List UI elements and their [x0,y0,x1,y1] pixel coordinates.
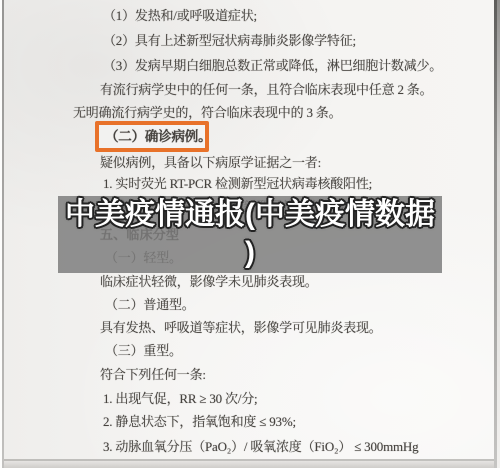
doc-line: （1）发热和/或呼吸道症状; [103,6,257,25]
doc-line-highlighted: （二）确诊病例。 [105,127,211,146]
doc-line: （三）重型。 [105,341,182,360]
caption-line-2: ) [58,234,442,272]
doc-line: 有流行病学史中的任何一条，且符合临床表现中任意 2 条。 [100,80,432,99]
doc-line: 具有发热、呼吸道等症状，影像学可见肺炎表现。 [100,318,382,337]
doc-line: 疑似病例，具备以下病原学证据之一者: [100,153,321,172]
caption-band: 中美疫情通报(中美疫情数据 ) [58,196,442,273]
caption-line-1: 中美疫情通报(中美疫情数据 [58,196,442,234]
photo-frame: （1）发热和/或呼吸道症状; （2）具有上述新型冠状病毒肺炎影像学特征; （3）… [0,0,500,468]
photo-edge-left [2,0,4,468]
doc-line: 1. 实时荧光 RT-PCR 检测新型冠状病毒核酸阳性; [103,174,372,193]
doc-line: 1. 出现气促，RR ≥ 30 次/分; [103,389,257,408]
doc-line: 无明确流行病学史的，符合临床表现中的 3 条。 [73,103,341,122]
doc-line: （二）普通型。 [105,295,195,314]
doc-line: （2）具有上述新型冠状病毒肺炎影像学特征; [103,31,356,50]
photo-edge-bottom-margin [4,461,494,468]
doc-line: 3. 动脉血氧分压（PaO₂）/ 吸氧浓度（FiO₂） ≤ 300mmHg [103,437,418,456]
doc-line: （3）发病早期白细胞总数正常或降低，淋巴细胞计数减少。 [103,56,442,75]
doc-line: 2. 静息状态下，指氧饱和度 ≤ 93%; [103,412,296,431]
doc-line: 临床症状轻微，影像学未见肺炎表现。 [100,272,318,291]
doc-line: 符合下列任何一条: [100,365,206,384]
